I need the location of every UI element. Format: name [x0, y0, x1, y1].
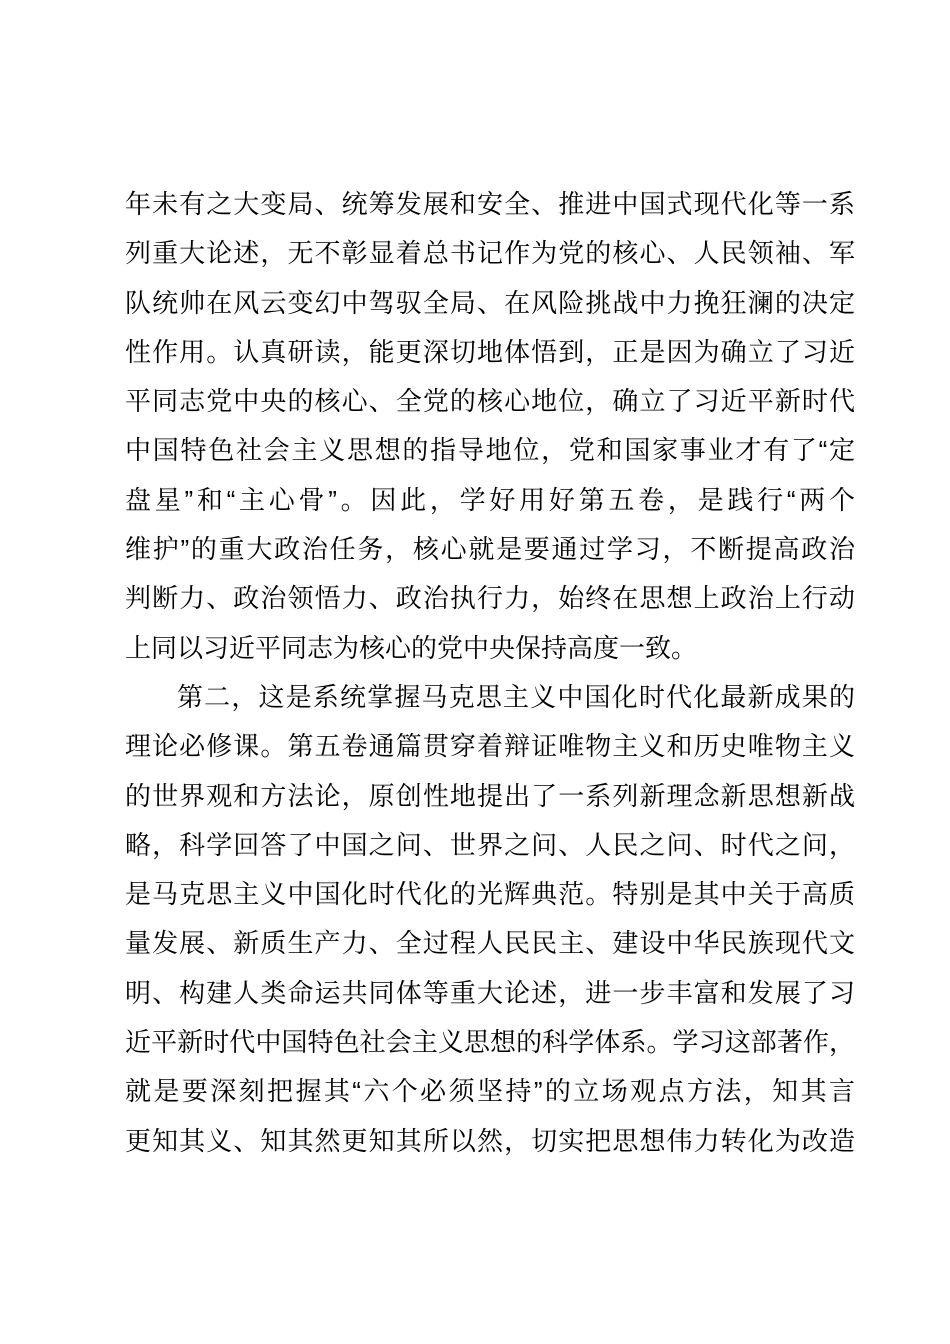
text-line: 就是要深刻把握其“六个必须坚持”的立场观点方法，知其言	[125, 1067, 855, 1116]
document-page: 年未有之大变局、统筹发展和安全、推进中国式现代化等一系 列重大论述，无不彰显着总…	[0, 0, 950, 1344]
text-line: 性作用。认真研读，能更深切地体悟到，正是因为确立了习近	[125, 328, 855, 377]
text-line: 明、构建人类命运共同体等重大论述，进一步丰富和发展了习	[125, 969, 855, 1018]
text-line: 理论必修课。第五卷通篇贯穿着辩证唯物主义和历史唯物主义	[125, 722, 855, 771]
text-line-paragraph-start: 第二，这是系统掌握马克思主义中国化时代化最新成果的	[125, 673, 855, 722]
text-line: 略，科学回答了中国之问、世界之问、人民之问、时代之问，	[125, 821, 855, 870]
text-line: 盘星”和“主心骨”。因此，学好用好第五卷，是践行“两个	[125, 476, 855, 525]
text-line: 的世界观和方法论，原创性地提出了一系列新理念新思想新战	[125, 772, 855, 821]
text-line: 更知其义、知其然更知其所以然，切实把思想伟力转化为改造	[125, 1117, 855, 1166]
document-text-block: 年未有之大变局、统筹发展和安全、推进中国式现代化等一系 列重大论述，无不彰显着总…	[125, 180, 855, 1166]
text-line: 是马克思主义中国化时代化的光辉典范。特别是其中关于高质	[125, 870, 855, 919]
text-line: 中国特色社会主义思想的指导地位，党和国家事业才有了“定	[125, 426, 855, 475]
text-line-paragraph-end: 上同以习近平同志为核心的党中央保持高度一致。	[125, 624, 855, 673]
text-line: 年未有之大变局、统筹发展和安全、推进中国式现代化等一系	[125, 180, 855, 229]
text-line: 近平新时代中国特色社会主义思想的科学体系。学习这部著作，	[125, 1018, 855, 1067]
text-line: 平同志党中央的核心、全党的核心地位，确立了习近平新时代	[125, 377, 855, 426]
text-line: 列重大论述，无不彰显着总书记作为党的核心、人民领袖、军	[125, 229, 855, 278]
text-line: 队统帅在风云变幻中驾驭全局、在风险挑战中力挽狂澜的决定	[125, 279, 855, 328]
text-line: 量发展、新质生产力、全过程人民民主、建设中华民族现代文	[125, 919, 855, 968]
text-line: 维护”的重大政治任务，核心就是要通过学习，不断提高政治	[125, 525, 855, 574]
text-line: 判断力、政治领悟力、政治执行力，始终在思想上政治上行动	[125, 574, 855, 623]
